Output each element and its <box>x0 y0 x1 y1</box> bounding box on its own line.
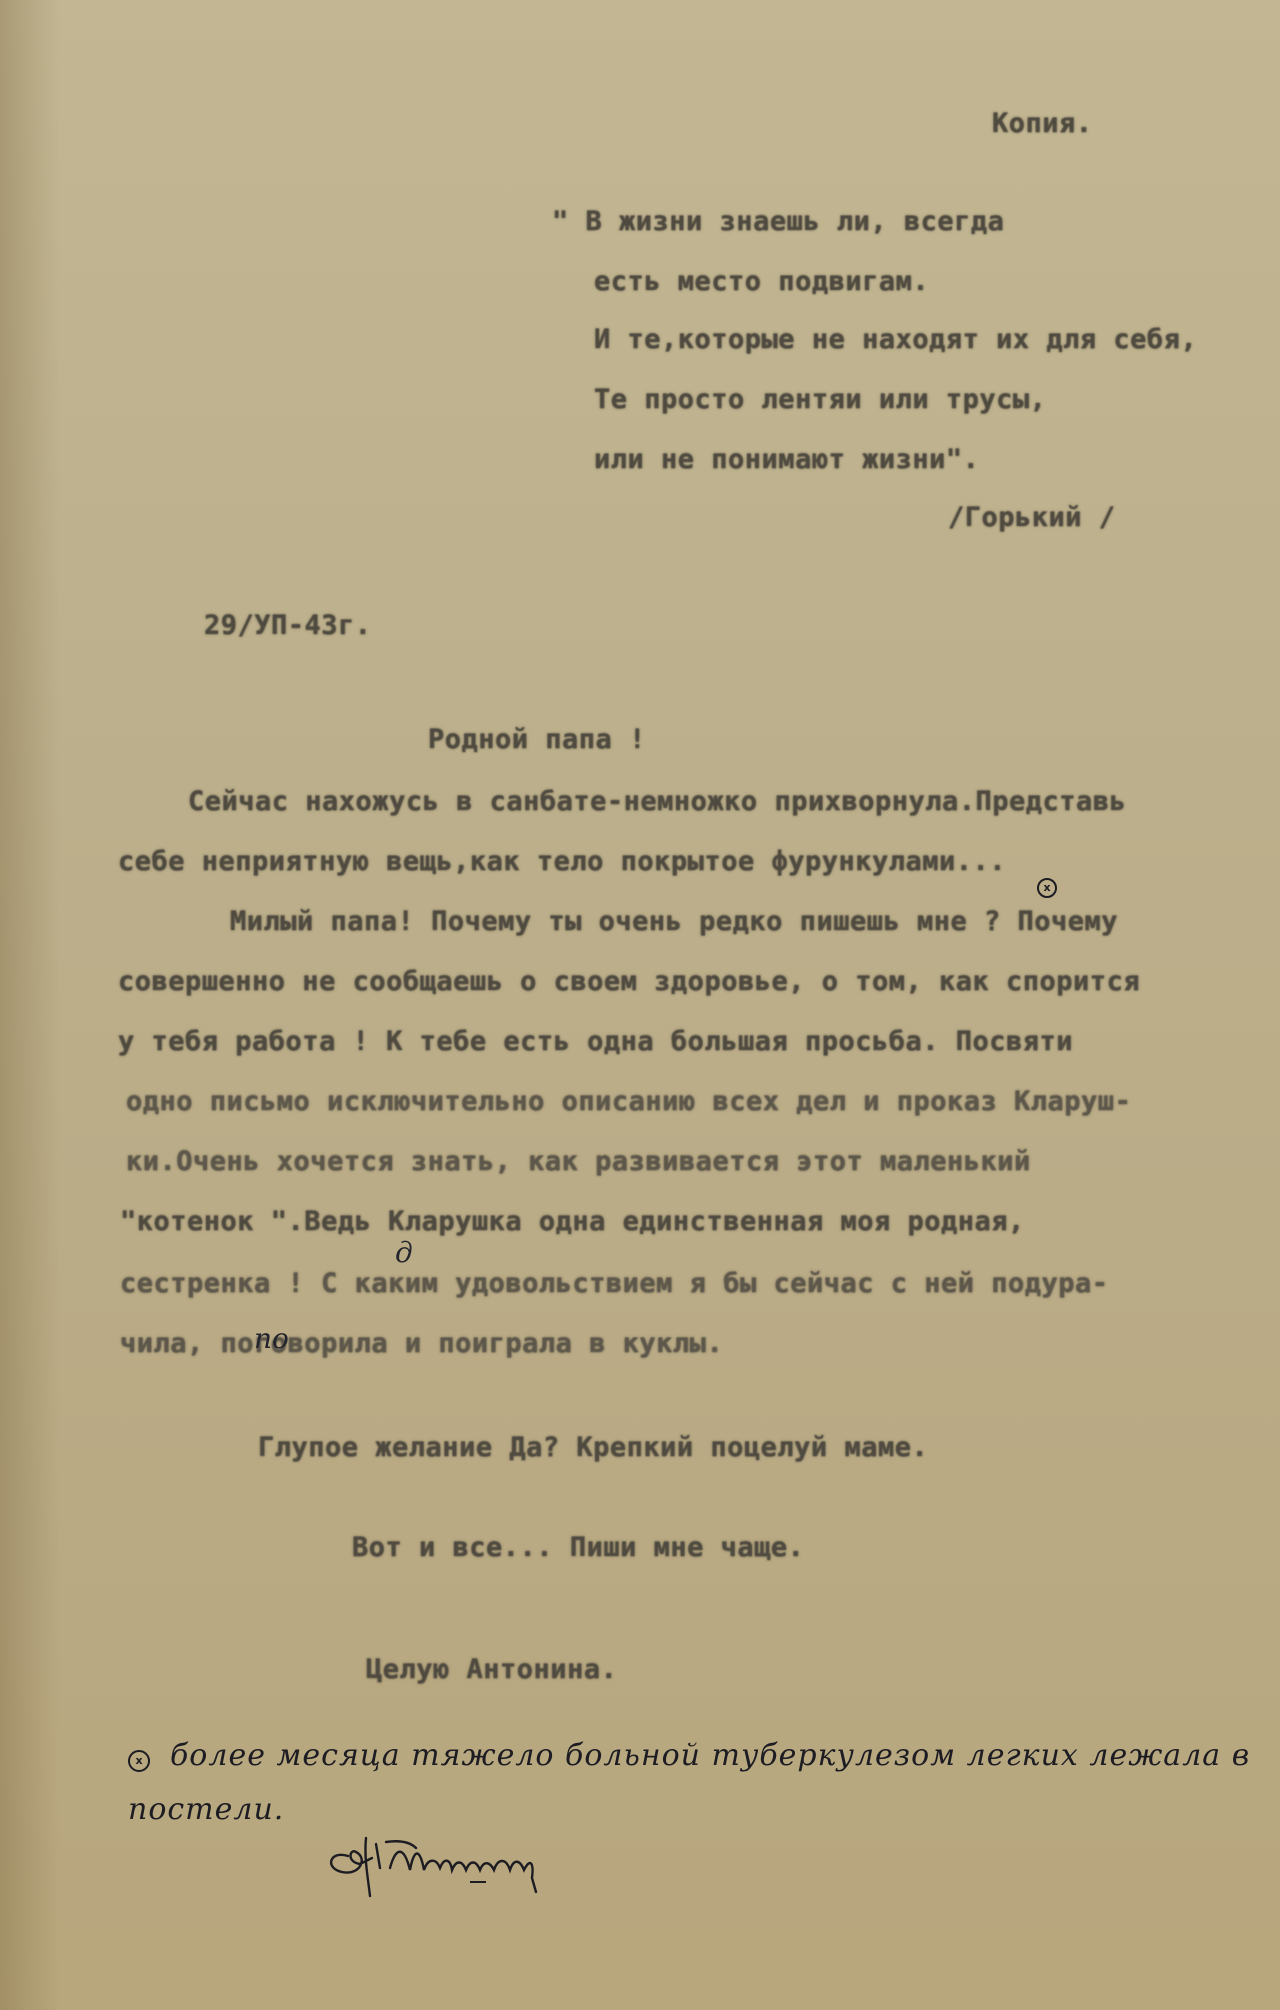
epigraph-line: или не понимают жизни". <box>594 444 979 475</box>
body-line: ки.Очень хочется знать, как развивается … <box>126 1146 1031 1177</box>
body-line: у тебя работа ! К тебе есть одна большая… <box>118 1026 1073 1057</box>
epigraph-line: Те просто лентяи или трусы, <box>594 384 1046 415</box>
letter-date: 29/УП-43г. <box>204 610 372 641</box>
epigraph-line: " В жизни знаешь ли, всегда <box>552 206 1004 237</box>
footnote-mark-icon: x <box>1037 878 1057 898</box>
epigraph-author: /Горький / <box>948 502 1116 533</box>
epigraph-line: И те,которые не находят их для себя, <box>594 324 1197 355</box>
body-line: Милый папа! Почему ты очень редко пишешь… <box>230 906 1118 937</box>
letter-page: Копия. " В жизни знаешь ли, всегда есть … <box>0 0 1280 2010</box>
epigraph-line: есть место подвигам. <box>594 266 929 297</box>
footnote-mark-icon: x <box>128 1750 150 1772</box>
body-line: совершенно не сообщаешь о своем здоровье… <box>118 966 1140 997</box>
closing-line: Вот и все... Пиши мне чаще. <box>352 1532 804 1563</box>
salutation: Родной папа ! <box>428 724 646 755</box>
pen-correction-pogovorila: по <box>254 1322 289 1355</box>
body-line: "котенок ".Ведь Кларушка одна единственн… <box>120 1206 1025 1237</box>
closing-line: Глупое желание Да? Крепкий поцелуй маме. <box>258 1432 928 1463</box>
body-line: сестренка ! С каким удовольствием я бы с… <box>120 1268 1109 1299</box>
signature-scribble-icon <box>320 1818 590 1898</box>
copy-header: Копия. <box>992 108 1093 139</box>
handwritten-note-line: более месяца тяжело больной туберкулезом… <box>170 1738 1250 1773</box>
signature: Ф.Тимошенко <box>320 1818 590 1898</box>
body-line: себе неприятную вещь,как тело покрытое ф… <box>118 846 1006 877</box>
pen-correction-ved: д <box>395 1236 413 1269</box>
body-line: чила, поговорила и поиграла в куклы. <box>120 1328 723 1359</box>
body-line: Сейчас нахожусь в санбате-немножко прихв… <box>188 786 1126 817</box>
body-line: одно письмо исключительно описанию всех … <box>126 1086 1131 1117</box>
signoff: Целую Антонина. <box>366 1654 617 1685</box>
handwritten-note-line: постели. <box>128 1792 284 1827</box>
